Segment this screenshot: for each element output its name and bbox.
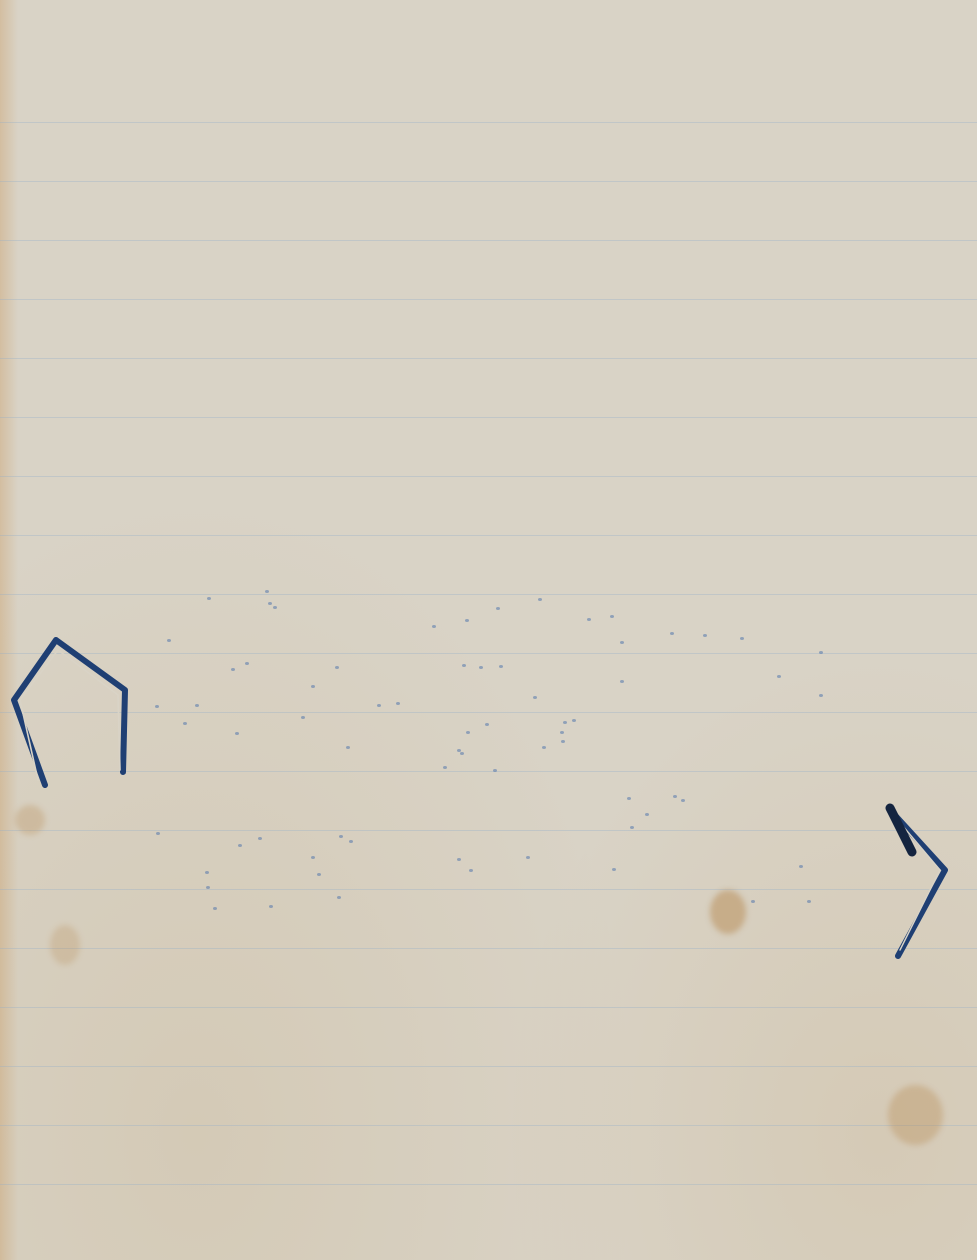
left-chevron-mark xyxy=(14,640,125,785)
right-chevron-mark xyxy=(890,808,945,956)
lined-paper-page xyxy=(0,0,977,1260)
ink-marks xyxy=(0,0,977,1260)
